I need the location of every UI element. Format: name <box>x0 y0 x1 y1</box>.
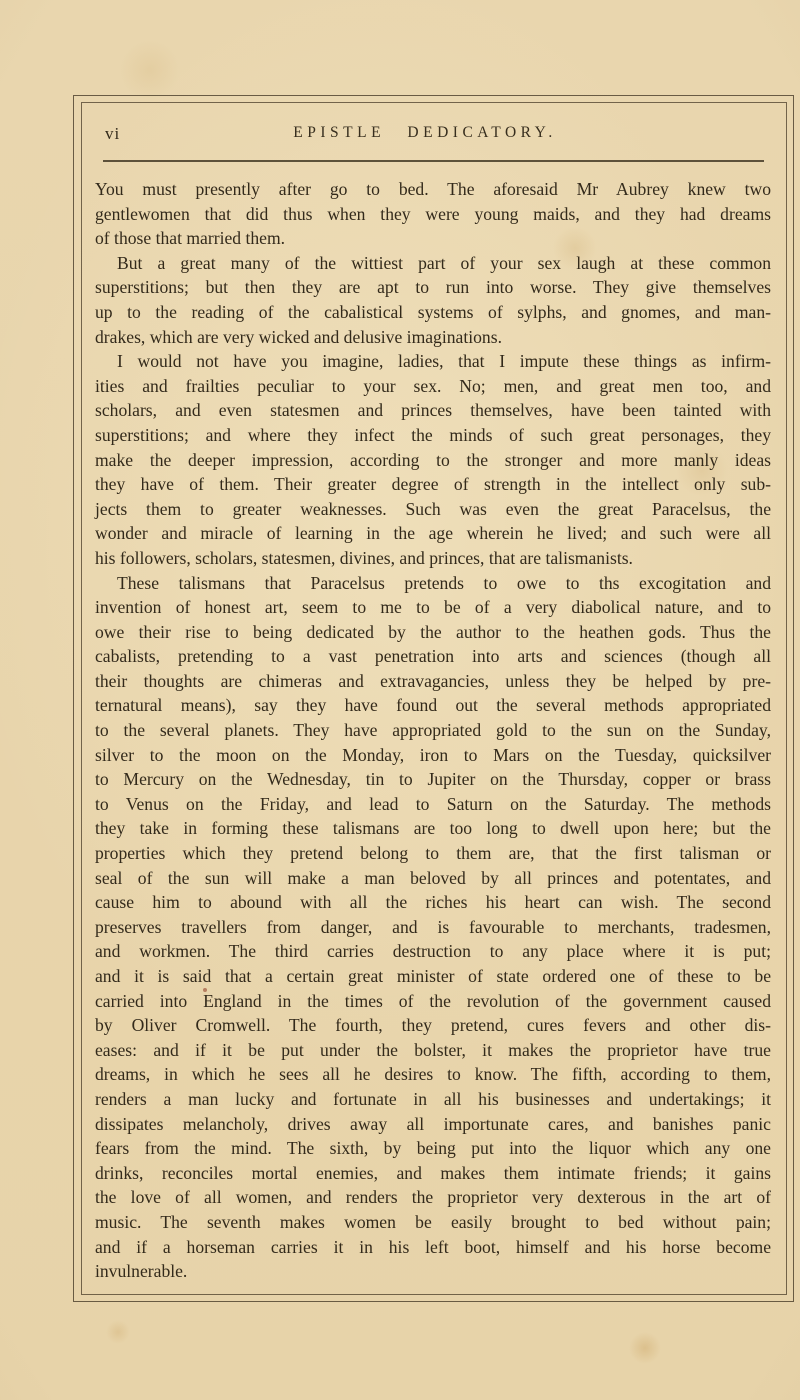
text-line: to Mercury on the Wednesday, tin to Jupi… <box>95 767 771 792</box>
text-line: his followers, scholars, statesmen, divi… <box>95 546 771 571</box>
running-head-title: EPISTLE DEDICATORY. <box>95 124 755 142</box>
text-line: renders a man lucky and fortunate in all… <box>95 1087 771 1112</box>
text-line: properties which they pretend belong to … <box>95 841 771 866</box>
text-line: dissipates melancholy, drives away all i… <box>95 1112 771 1137</box>
text-line: silver to the moon on the Monday, iron t… <box>95 743 771 768</box>
text-line: eases: and if it be put under the bolste… <box>95 1038 771 1063</box>
text-line: by Oliver Cromwell. The fourth, they pre… <box>95 1013 771 1038</box>
text-line: fears from the mind. The sixth, by being… <box>95 1136 771 1161</box>
text-line: But a great many of the wittiest part of… <box>95 251 771 276</box>
page-body: You must presently after go to bed. The … <box>95 177 771 1284</box>
text-line: drakes, which are very wicked and delusi… <box>95 325 771 350</box>
text-line: cause him to abound with all the riches … <box>95 890 771 915</box>
text-line: they have of them. Their greater degree … <box>95 472 771 497</box>
text-line: cabalists, pretending to a vast penetrat… <box>95 644 771 669</box>
text-line: ternatural means), say they have found o… <box>95 693 771 718</box>
book-page-scan: vi EPISTLE DEDICATORY. You must presentl… <box>0 0 800 1400</box>
text-line: jects them to greater weaknesses. Such w… <box>95 497 771 522</box>
text-line: they take in forming these talismans are… <box>95 816 771 841</box>
text-line: and workmen. The third carries destructi… <box>95 939 771 964</box>
text-line: ities and frailties peculiar to your sex… <box>95 374 771 399</box>
text-line: and if a horseman carries it in his left… <box>95 1235 771 1260</box>
text-line: seal of the sun will make a man beloved … <box>95 866 771 891</box>
text-line: wonder and miracle of learning in the ag… <box>95 521 771 546</box>
text-line: their thoughts are chimeras and extravag… <box>95 669 771 694</box>
text-line: music. The seventh makes women be easily… <box>95 1210 771 1235</box>
text-line: superstitions; and where they infect the… <box>95 423 771 448</box>
text-line: up to the reading of the cabalistical sy… <box>95 300 771 325</box>
text-line: invulnerable. <box>95 1259 771 1284</box>
text-line: owe their rise to being dedicated by the… <box>95 620 771 645</box>
text-line: scholars, and even statesmen and princes… <box>95 398 771 423</box>
text-line: dreams, in which he sees all he desires … <box>95 1062 771 1087</box>
text-line: drinks, reconciles mortal enemies, and m… <box>95 1161 771 1186</box>
text-line: I would not have you imagine, ladies, th… <box>95 349 771 374</box>
text-line: the love of all women, and renders the p… <box>95 1185 771 1210</box>
text-line: gentlewomen that did thus when they were… <box>95 202 771 227</box>
text-line: invention of honest art, seem to me to b… <box>95 595 771 620</box>
header-rule <box>103 160 764 162</box>
text-line: You must presently after go to bed. The … <box>95 177 771 202</box>
text-line: to Venus on the Friday, and lead to Satu… <box>95 792 771 817</box>
ink-spot <box>203 988 207 992</box>
text-line: These talismans that Paracelsus pretends… <box>95 571 771 596</box>
text-line: carried into England in the times of the… <box>95 989 771 1014</box>
text-line: preserves travellers from danger, and is… <box>95 915 771 940</box>
text-line: of those that married them. <box>95 226 771 251</box>
text-line: superstitions; but then they are apt to … <box>95 275 771 300</box>
text-line: make the deeper impression, according to… <box>95 448 771 473</box>
text-line: and it is said that a certain great mini… <box>95 964 771 989</box>
text-line: to the several planets. They have approp… <box>95 718 771 743</box>
